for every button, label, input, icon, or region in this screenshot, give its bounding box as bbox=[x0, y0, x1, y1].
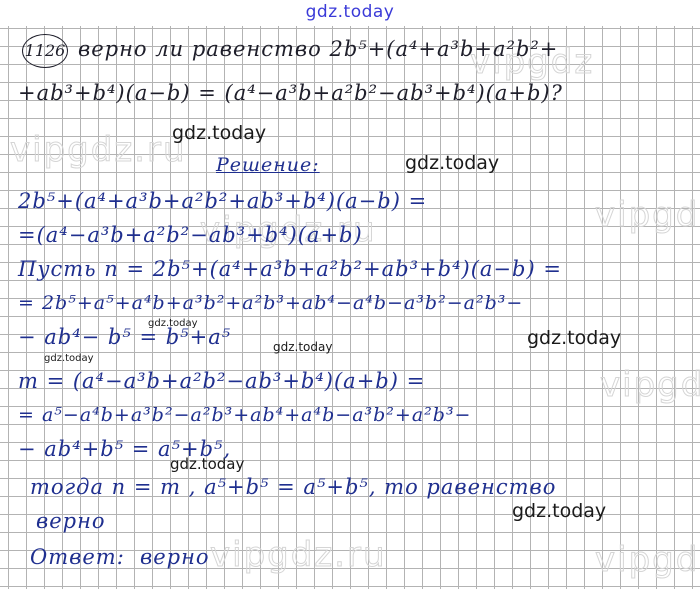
watermark: gdz.today bbox=[512, 500, 606, 522]
watermark: gdz.today bbox=[44, 353, 94, 364]
question-line-2: +ab³+b⁴)(a−b) = (a⁴−a³b+a²b²−ab³+b⁴)(a+b… bbox=[18, 82, 563, 104]
answer-value: верно bbox=[140, 546, 210, 568]
watermark: gdz.today bbox=[273, 340, 332, 354]
solution-line: = 2b⁵+a⁵+a⁴b+a³b²+a²b³+ab⁴−a⁴b−a³b²−a²b³… bbox=[18, 292, 523, 314]
solution-line: = a⁵−a⁴b+a³b²−a²b³+ab⁴+a⁴b−a³b²+a²b³− bbox=[18, 404, 471, 426]
watermark: gdz.today bbox=[405, 152, 499, 174]
question-line-1: верно ли равенство 2b⁵+(a⁴+a³b+a²b²+ bbox=[78, 38, 558, 60]
solution-line: − ab⁴+b⁵ = a⁵+b⁵, bbox=[18, 438, 231, 460]
solution-line: m = (a⁴−a³b+a²b²−ab³+b⁴)(a+b) = bbox=[18, 370, 425, 392]
solution-line: Пусть n = 2b⁵+(a⁴+a³b+a²b²+ab³+b⁴)(a−b) … bbox=[18, 258, 562, 280]
ghost-watermark: vipgdz bbox=[595, 540, 700, 580]
watermark-top: gdz.today bbox=[0, 2, 700, 22]
ghost-watermark: vipgdz.ru bbox=[210, 535, 387, 575]
solution-line: 2b⁵+(a⁴+a³b+a²b²+ab³+b⁴)(a−b) = bbox=[18, 190, 427, 212]
answer-label: Ответ: bbox=[30, 546, 125, 568]
solution-heading: Решение: bbox=[216, 154, 320, 176]
solution-line: верно bbox=[36, 510, 106, 532]
watermark: gdz.today bbox=[527, 327, 621, 349]
ghost-watermark: vipgdz bbox=[600, 365, 700, 405]
problem-number: 1126 bbox=[22, 34, 68, 68]
solution-line: =(a⁴−a³b+a²b²−ab³+b⁴)(a+b) bbox=[18, 224, 363, 246]
solution-line: тогда n = m , a⁵+b⁵ = a⁵+b⁵, то равенств… bbox=[30, 476, 556, 498]
ghost-watermark: vipgdz bbox=[595, 195, 700, 235]
ghost-watermark: vipgdz.ru bbox=[10, 130, 187, 170]
watermark: gdz.today bbox=[172, 122, 266, 144]
solution-line: − ab⁴− b⁵ = b⁵+a⁵ bbox=[18, 326, 231, 348]
